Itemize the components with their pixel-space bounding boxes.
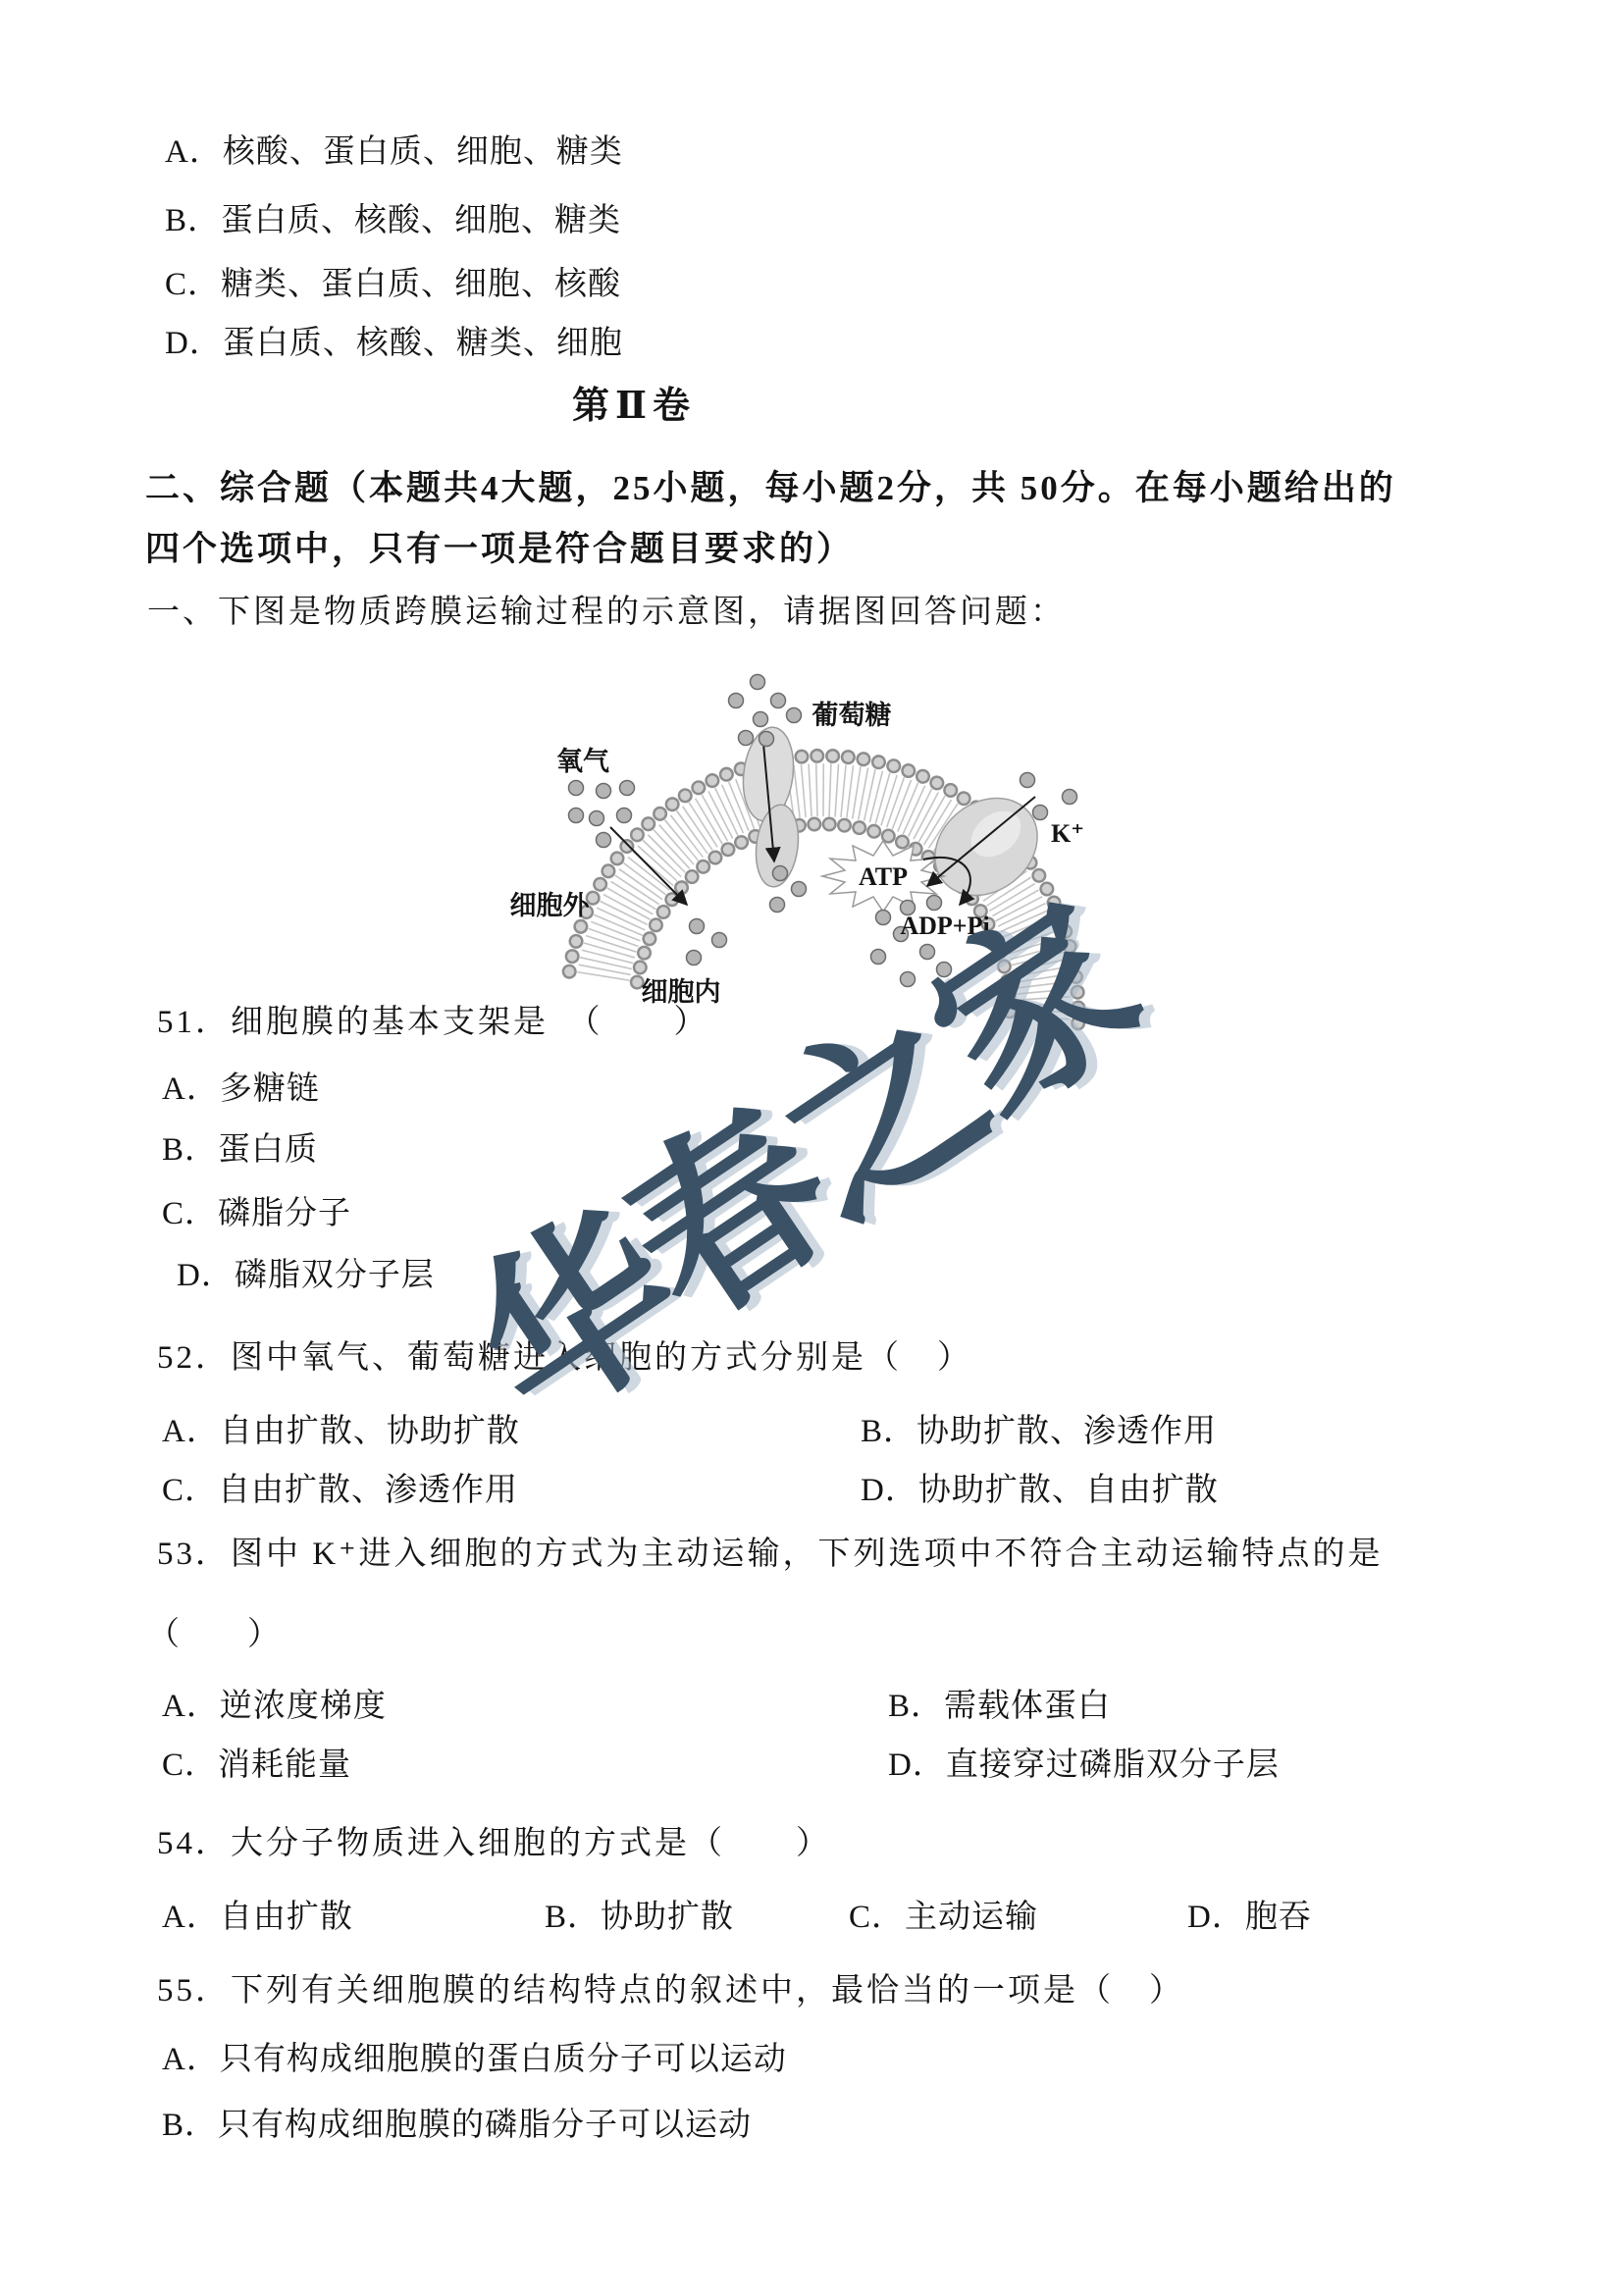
- potassium-label: K⁺: [1051, 819, 1084, 848]
- membrane-transport-diagram: 氧气 葡萄糖 细胞外 细胞内 K⁺ ATP ADP+Pi: [0, 0, 1623, 2296]
- oxygen-label: 氧气: [556, 746, 609, 776]
- oxygen-arrow: [610, 827, 687, 905]
- atp-label: ATP: [859, 862, 908, 891]
- carrier-protein: [916, 778, 1057, 915]
- glucose-label: 葡萄糖: [812, 700, 892, 730]
- extracellular-label: 细胞外: [510, 891, 591, 920]
- intracellular-label: 细胞内: [642, 977, 721, 1007]
- exam-page: A．核酸、蛋白质、细胞、糖类 B．蛋白质、核酸、细胞、糖类 C．糖类、蛋白质、细…: [0, 0, 1623, 2296]
- adp-pi-label: ADP+Pi: [900, 912, 989, 940]
